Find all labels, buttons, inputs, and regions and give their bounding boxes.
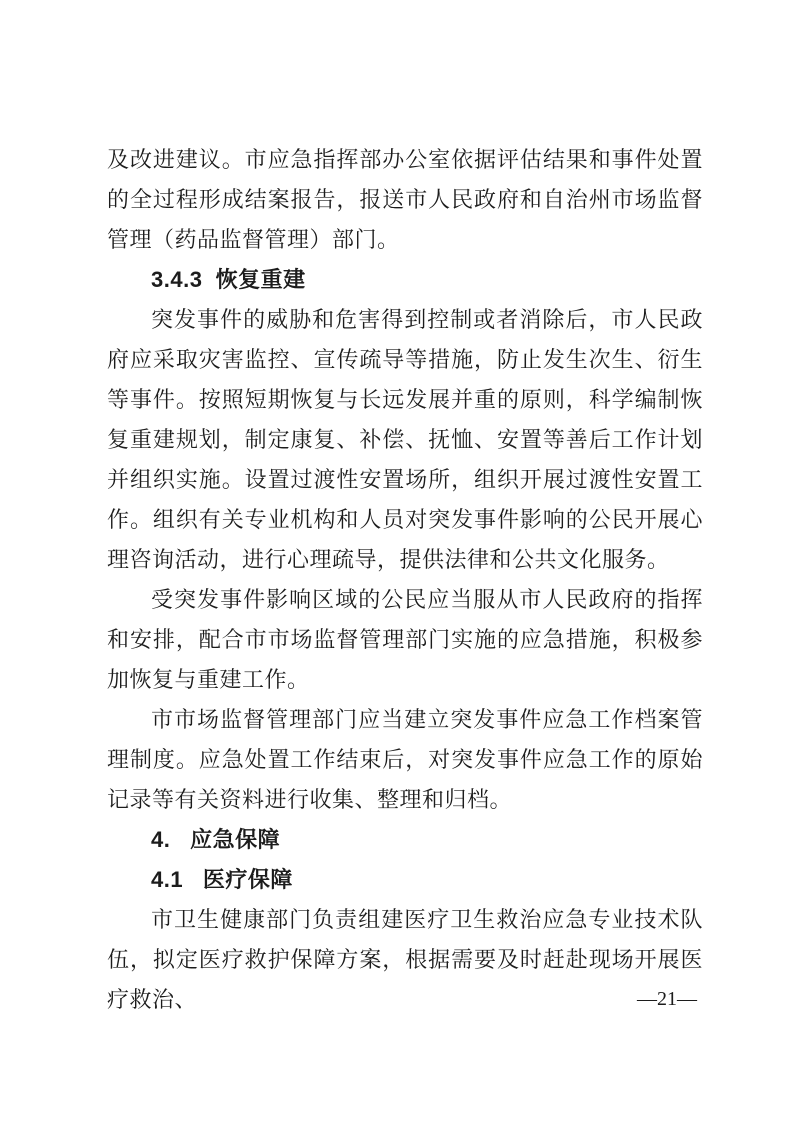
- heading-4-emergency-support: 4. 应急保障: [107, 820, 703, 860]
- document-page: 及改进建议。市应急指挥部办公室依据评估结果和事件处置的全过程形成结案报告，报送市…: [0, 0, 793, 1122]
- paragraph-closing-report-continuation: 及改进建议。市应急指挥部办公室依据评估结果和事件处置的全过程形成结案报告，报送市…: [107, 140, 703, 260]
- heading-3-4-3-recovery-reconstruction: 3.4.3 恢复重建: [107, 260, 703, 300]
- page-number: —21—: [107, 984, 703, 1014]
- paragraph-archive-system: 市市场监督管理部门应当建立突发事件应急工作档案管理制度。应急处置工作结束后，对突…: [107, 700, 703, 820]
- document-body: 及改进建议。市应急指挥部办公室依据评估结果和事件处置的全过程形成结案报告，报送市…: [107, 140, 703, 1020]
- paragraph-citizen-obedience: 受突发事件影响区域的公民应当服从市人民政府的指挥和安排，配合市市场监督管理部门实…: [107, 580, 703, 700]
- paragraph-recovery-measures: 突发事件的威胁和危害得到控制或者消除后，市人民政府应采取灾害监控、宣传疏导等措施…: [107, 300, 703, 580]
- heading-4-1-medical-support: 4.1 医疗保障: [107, 860, 703, 900]
